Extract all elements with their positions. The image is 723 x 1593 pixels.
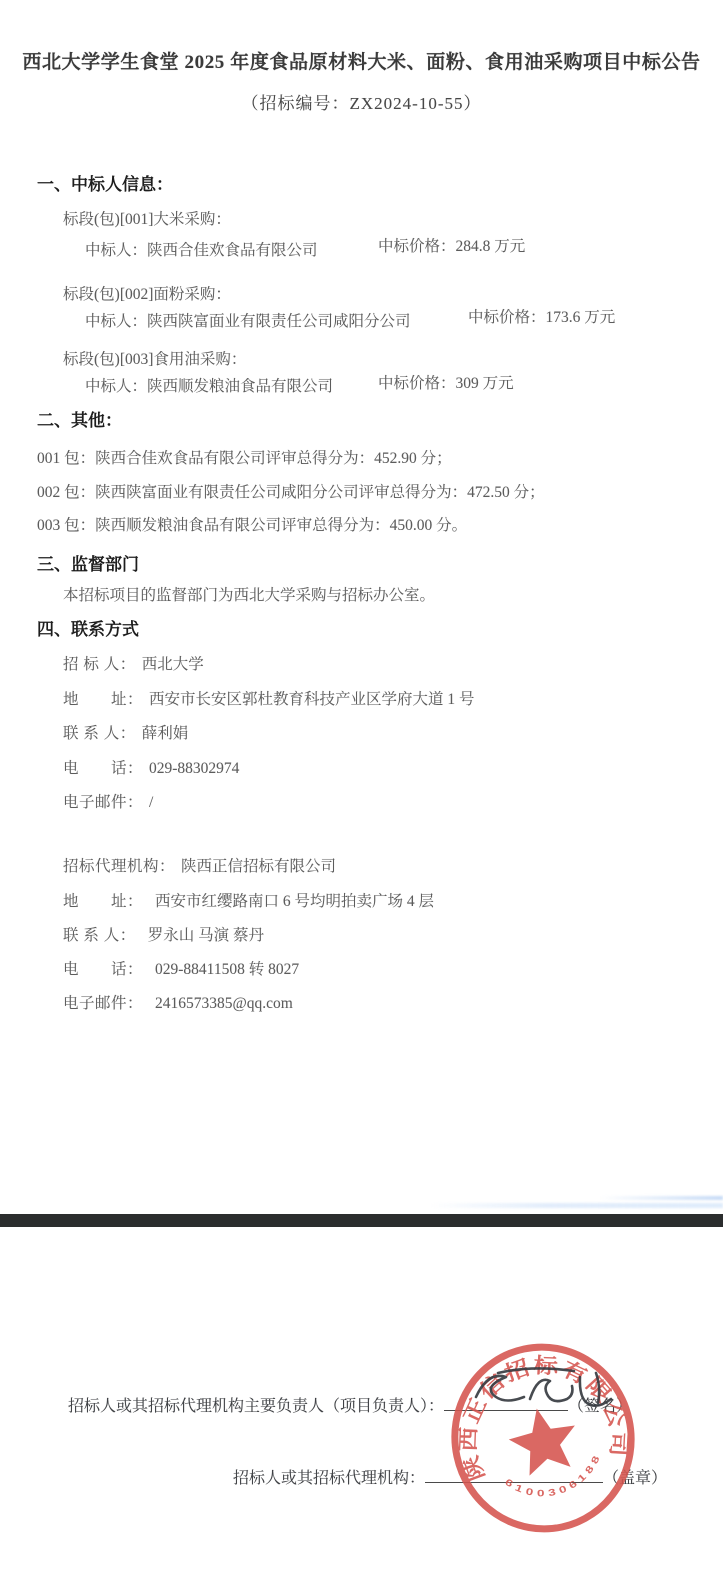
agency-row: 电子邮件：2416573385@qq.com (63, 995, 293, 1014)
lot-001-line: 标段(包)[001]大米采购： (63, 211, 231, 230)
agency-contact-label: 联 系 人： (63, 927, 136, 944)
tenderer-phone-label: 电 话： (63, 760, 143, 777)
scanned-document-page: 西北大学学生食堂 2025 年度食品原材料大米、面粉、食用油采购项目中标公告 （… (0, 0, 723, 1593)
agency-name-value: 陕西正信招标有限公司 (181, 858, 336, 875)
lot-001-winner: 中标人：陕西合佳欢食品有限公司 (85, 242, 318, 261)
score-line-003: 003 包：陕西顺发粮油食品有限公司评审总得分为：450.00 分。 (37, 517, 467, 536)
tenderer-address-label: 地 址： (63, 691, 143, 708)
lot-003-line: 标段(包)[003]食用油采购： (63, 351, 246, 370)
tenderer-row: 招 标 人：西北大学 (63, 656, 204, 675)
lot-002-line: 标段(包)[002]面粉采购： (63, 286, 231, 305)
lot-001-price: 中标价格：284.8 万元 (378, 238, 525, 257)
responsible-person-label: 招标人或其招标代理机构主要负责人（项目负责人）： (68, 1398, 444, 1415)
tenderer-row: 电 话：029-88302974 (63, 760, 239, 779)
tenderer-email-label: 电子邮件： (63, 794, 143, 811)
section-heading-winner-info: 一、中标人信息： (37, 175, 173, 195)
tender-number: （招标编号：ZX2024-10-55） (0, 94, 723, 114)
lot-003-winner: 中标人：陕西顺发粮油食品有限公司 (85, 378, 333, 397)
scan-artifact-streak (430, 1203, 723, 1208)
score-line-002: 002 包：陕西陕富面业有限责任公司咸阳分公司评审总得分为：472.50 分； (37, 484, 545, 503)
agency-email-label: 电子邮件： (63, 995, 143, 1012)
page-separator-bar (0, 1214, 723, 1227)
tenderer-address-value: 西安市长安区郭杜教育科技产业区学府大道 1 号 (149, 691, 475, 708)
lot-003-price: 中标价格：309 万元 (378, 375, 514, 394)
agency-row: 招标代理机构：陕西正信招标有限公司 (63, 858, 336, 877)
section-heading-contact: 四、联系方式 (37, 620, 139, 640)
agency-name-label: 招标代理机构： (63, 858, 175, 875)
tenderer-email-value: / (149, 794, 153, 811)
tenderer-row: 联 系 人：薛利娟 (63, 725, 188, 744)
company-stamp: 陕西正信招标有限公司 6100306188 (429, 1324, 657, 1552)
tenderer-name-label: 招 标 人： (63, 656, 136, 673)
score-line-001: 001 包：陕西合佳欢食品有限公司评审总得分为：452.90 分； (37, 450, 452, 469)
tenderer-contact-value: 薛利娟 (142, 725, 189, 742)
agency-seal-label: 招标人或其招标代理机构： (233, 1470, 425, 1487)
tenderer-row: 电子邮件：/ (63, 794, 153, 813)
tenderer-row: 地 址：西安市长安区郭杜教育科技产业区学府大道 1 号 (63, 691, 475, 710)
section-heading-supervision: 三、监督部门 (37, 555, 139, 575)
doc-title: 西北大学学生食堂 2025 年度食品原材料大米、面粉、食用油采购项目中标公告 (0, 52, 723, 75)
scan-artifact-streak (600, 1196, 723, 1200)
tenderer-contact-label: 联 系 人： (63, 725, 136, 742)
agency-phone-label: 电 话： (63, 961, 143, 978)
lot-002-price: 中标价格：173.6 万元 (468, 309, 615, 328)
agency-row: 电 话：029-88411508 转 8027 (63, 961, 299, 980)
agency-address-value: 西安市红缨路南口 6 号均明拍卖广场 4 层 (155, 893, 434, 910)
agency-row: 地 址：西安市红缨路南口 6 号均明拍卖广场 4 层 (63, 893, 434, 912)
agency-address-label: 地 址： (63, 893, 143, 910)
supervision-body: 本招标项目的监督部门为西北大学采购与招标办公室。 (63, 587, 435, 606)
handwritten-signature (468, 1363, 628, 1421)
agency-contact-value: 罗永山 马演 蔡丹 (148, 927, 264, 944)
lot-002-winner: 中标人：陕西陕富面业有限责任公司咸阳分公司 (85, 313, 411, 332)
agency-row: 联 系 人：罗永山 马演 蔡丹 (63, 927, 264, 946)
agency-email-value: 2416573385@qq.com (155, 995, 293, 1012)
section-heading-others: 二、其他： (37, 411, 122, 431)
tenderer-phone-value: 029-88302974 (149, 760, 239, 777)
agency-phone-value: 029-88411508 转 8027 (155, 961, 299, 978)
tenderer-name-value: 西北大学 (142, 656, 204, 673)
